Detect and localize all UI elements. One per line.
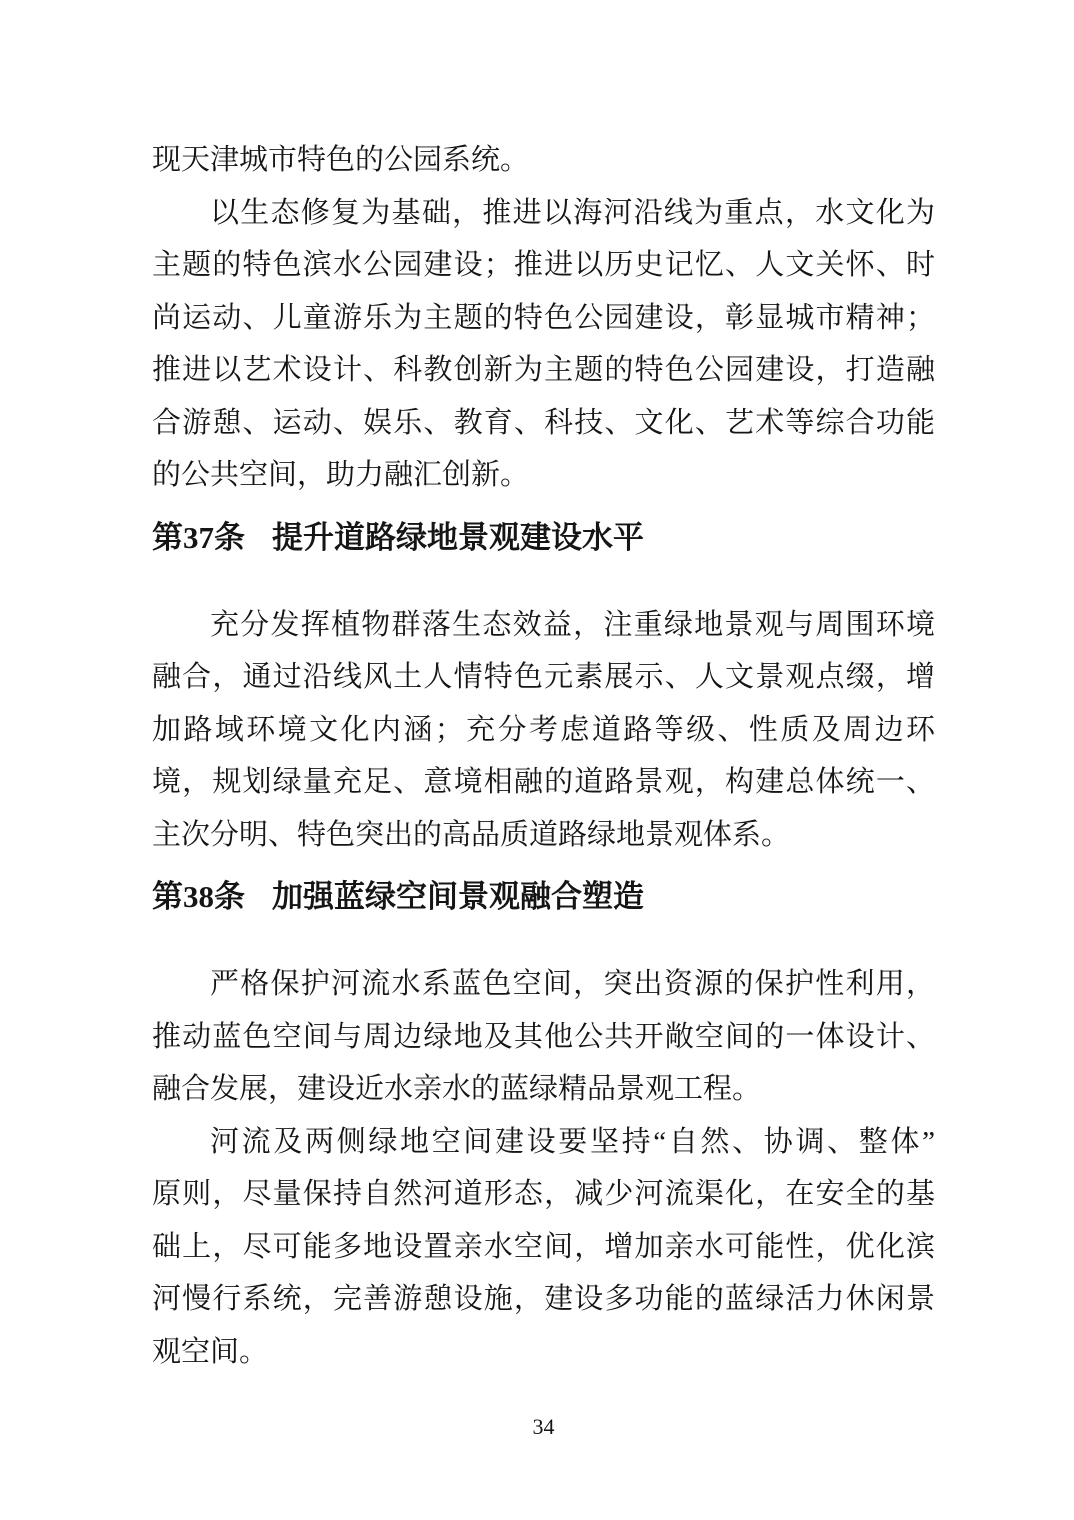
- body-line: 融合发展，建设近水亲水的蓝绿精品景观工程。: [152, 1063, 935, 1116]
- body-line: 河慢行系统，完善游憩设施，建设多功能的蓝绿活力休闲景: [152, 1273, 935, 1326]
- body-line: 加路域环境文化内涵；充分考虑道路等级、性质及周边环: [152, 704, 935, 757]
- body-line: 础上，尽可能多地设置亲水空间，增加亲水可能性，优化滨: [152, 1221, 935, 1274]
- body-line: 充分发挥植物群落生态效益，注重绿地景观与周围环境: [152, 599, 935, 652]
- body-line: 融合，通过沿线风土人情特色元素展示、人文景观点缀，增: [152, 651, 935, 704]
- body-line: 原则，尽量保持自然河道形态，减少河流渠化，在安全的基: [152, 1168, 935, 1221]
- document-page: 现天津城市特色的公园系统。 以生态修复为基础，推进以海河沿线为重点，水文化为 主…: [0, 0, 1074, 1520]
- body-line: 尚运动、儿童游乐为主题的特色公园建设，彰显城市精神；: [152, 292, 935, 345]
- paragraph: 严格保护河流水系蓝色空间，突出资源的保护性利用， 推动蓝色空间与周边绿地及其他公…: [152, 958, 935, 1116]
- body-line: 推进以艺术设计、科教创新为主题的特色公园建设，打造融: [152, 344, 935, 397]
- paragraph: 现天津城市特色的公园系统。: [152, 134, 935, 187]
- body-line: 河流及两侧绿地空间建设要坚持“自然、协调、整体”: [152, 1116, 935, 1169]
- body-line: 合游憩、运动、娱乐、教育、科技、文化、艺术等综合功能: [152, 397, 935, 450]
- section-heading-article-37: 第37条提升道路绿地景观建设水平: [152, 508, 935, 568]
- paragraph: 河流及两侧绿地空间建设要坚持“自然、协调、整体” 原则，尽量保持自然河道形态，减…: [152, 1116, 935, 1379]
- article-title: 加强蓝绿空间景观融合塑造: [272, 879, 644, 914]
- article-title: 提升道路绿地景观建设水平: [272, 520, 644, 555]
- paragraph: 充分发挥植物群落生态效益，注重绿地景观与周围环境 融合，通过沿线风土人情特色元素…: [152, 599, 935, 862]
- section-heading-article-38: 第38条加强蓝绿空间景观融合塑造: [152, 867, 935, 927]
- paragraph: 以生态修复为基础，推进以海河沿线为重点，水文化为 主题的特色滨水公园建设；推进以…: [152, 187, 935, 502]
- body-line: 推动蓝色空间与周边绿地及其他公共开敞空间的一体设计、: [152, 1011, 935, 1064]
- article-number: 第37条: [152, 520, 245, 555]
- body-line: 境，规划绿量充足、意境相融的道路景观，构建总体统一、: [152, 756, 935, 809]
- body-line: 现天津城市特色的公园系统。: [152, 134, 935, 187]
- article-number: 第38条: [152, 879, 245, 914]
- page-number: 34: [152, 1412, 935, 1442]
- body-line: 的公共空间，助力融汇创新。: [152, 449, 935, 502]
- body-line: 以生态修复为基础，推进以海河沿线为重点，水文化为: [152, 187, 935, 240]
- document-body: 现天津城市特色的公园系统。 以生态修复为基础，推进以海河沿线为重点，水文化为 主…: [152, 134, 935, 1378]
- body-line: 观空间。: [152, 1326, 935, 1379]
- body-line: 主次分明、特色突出的高品质道路绿地景观体系。: [152, 809, 935, 862]
- body-line: 严格保护河流水系蓝色空间，突出资源的保护性利用，: [152, 958, 935, 1011]
- body-line: 主题的特色滨水公园建设；推进以历史记忆、人文关怀、时: [152, 239, 935, 292]
